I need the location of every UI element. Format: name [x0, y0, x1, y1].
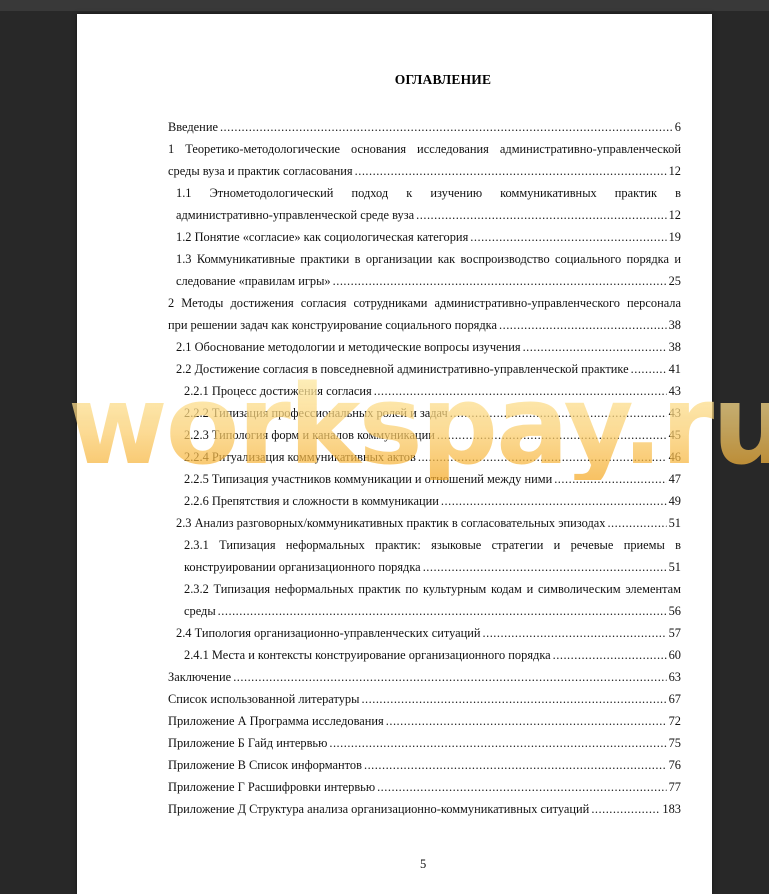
toc-entry-text: 2.2 Достижение согласия в повседневной а…	[176, 358, 629, 380]
dot-leader	[450, 402, 667, 424]
dot-leader	[361, 688, 666, 710]
toc-entry[interactable]: 2.4 Типология организационно-управленчес…	[168, 622, 681, 644]
toc-page-number: 57	[669, 622, 681, 644]
toc-entry-text: Приложение Г Расшифровки интервью	[168, 776, 375, 798]
toc-entry-text: 2.3.2 Типизация неформальных практик по …	[184, 578, 681, 600]
toc-entry[interactable]: Введение6	[168, 116, 681, 138]
toc-entry-text: среды	[184, 600, 216, 622]
toc-entry-text: 2.1 Обоснование методологии и методическ…	[176, 336, 521, 358]
toc-page-number: 12	[669, 160, 681, 182]
dot-leader	[553, 644, 667, 666]
dot-leader	[220, 116, 673, 138]
toc-entry-text: 2.3 Анализ разговорных/коммуникативных п…	[176, 512, 605, 534]
toc-page-number: 75	[669, 732, 681, 754]
toc-entry[interactable]: 2.2.6 Препятствия и сложности в коммуник…	[168, 490, 681, 512]
toc-page-number: 51	[669, 556, 681, 578]
dot-leader	[591, 798, 660, 820]
toc-entry-text: 2.2.6 Препятствия и сложности в коммуник…	[184, 490, 439, 512]
toc-page-number: 60	[669, 644, 681, 666]
toc-page-number: 67	[669, 688, 681, 710]
toc-page-number: 63	[669, 666, 681, 688]
dot-leader	[483, 622, 667, 644]
dot-leader	[333, 270, 667, 292]
toc-entry-text: 2.4.1 Места и контексты конструирование …	[184, 644, 551, 666]
toc-entry[interactable]: 2.2.3 Типология форм и каналов коммуника…	[168, 424, 681, 446]
toc-entry-text: 2 Методы достижения согласия сотрудникам…	[168, 292, 681, 314]
dot-leader	[329, 732, 666, 754]
toc-page-number: 43	[669, 402, 681, 424]
toc-entry-text: Заключение	[168, 666, 231, 688]
dot-leader	[218, 600, 667, 622]
toc-entry-text: Приложение Б Гайд интервью	[168, 732, 327, 754]
toc-entry-text: 1.3 Коммуникативные практики в организац…	[176, 248, 681, 270]
toc-entry[interactable]: 1.1 Этнометодологический подход к изучен…	[168, 182, 681, 226]
toc-entry-text: 1 Теоретико-методологические основания и…	[168, 138, 681, 160]
toc-entry-text: 1.2 Понятие «согласие» как социологическ…	[176, 226, 468, 248]
toc-entry-text: среды вуза и практик согласования	[168, 160, 353, 182]
dot-leader	[233, 666, 666, 688]
page-number: 5	[420, 857, 426, 872]
toc-entry-text: Приложение А Программа исследования	[168, 710, 384, 732]
toc-page-number: 12	[669, 204, 681, 226]
toc-entry[interactable]: Приложение Б Гайд интервью75	[168, 732, 681, 754]
toc-entry-text: 2.2.2 Типизация профессиональных ролей и…	[184, 402, 448, 424]
toc-entry-text: 2.4 Типология организационно-управленчес…	[176, 622, 481, 644]
toc-entry[interactable]: 1 Теоретико-методологические основания и…	[168, 138, 681, 182]
toc-page-number: 25	[669, 270, 681, 292]
toc-page-number: 47	[669, 468, 681, 490]
toc-entry-text: 2.2.3 Типология форм и каналов коммуника…	[184, 424, 435, 446]
toc-entry[interactable]: 2.3 Анализ разговорных/коммуникативных п…	[168, 512, 681, 534]
dot-leader	[523, 336, 667, 358]
dot-leader	[470, 226, 666, 248]
toc-page-number: 45	[669, 424, 681, 446]
toc-entry-text: 2.2.1 Процесс достижения согласия	[184, 380, 372, 402]
toc-entry[interactable]: 2.2.2 Типизация профессиональных ролей и…	[168, 402, 681, 424]
toc-entry[interactable]: 2.3.2 Типизация неформальных практик по …	[168, 578, 681, 622]
dot-leader	[374, 380, 667, 402]
toc-entry[interactable]: 2.2.4 Ритуализация коммуникативных актов…	[168, 446, 681, 468]
toc-entry[interactable]: Приложение Г Расшифровки интервью77	[168, 776, 681, 798]
toc-entry-text: 2.2.4 Ритуализация коммуникативных актов	[184, 446, 416, 468]
viewer-toolbar	[0, 0, 769, 11]
dot-leader	[437, 424, 667, 446]
toc-entry[interactable]: 2.2.5 Типизация участников коммуникации …	[168, 468, 681, 490]
toc-entry[interactable]: 2.3.1 Типизация неформальных практик: яз…	[168, 534, 681, 578]
document-page: ОГЛАВЛЕНИЕ Введение61 Теоретико-методоло…	[77, 14, 712, 874]
dot-leader	[416, 204, 666, 226]
toc-page-number: 46	[669, 446, 681, 468]
dot-leader	[418, 446, 667, 468]
toc-entry-text: при решении задач как конструирование со…	[168, 314, 497, 336]
toc-entry[interactable]: Список использованной литературы67	[168, 688, 681, 710]
toc-page-number: 41	[669, 358, 681, 380]
toc-entry-text: 2.3.1 Типизация неформальных практик: яз…	[184, 534, 681, 556]
toc-entry-text: конструировании организационного порядка	[184, 556, 421, 578]
toc-entry[interactable]: 2.1 Обоснование методологии и методическ…	[168, 336, 681, 358]
toc-entry[interactable]: 2.4.1 Места и контексты конструирование …	[168, 644, 681, 666]
toc-page-number: 183	[662, 798, 681, 820]
toc-entry-text: Приложение Д Структура анализа организац…	[168, 798, 589, 820]
toc-entry[interactable]: 2.2.1 Процесс достижения согласия43	[168, 380, 681, 402]
toc-entry-text: Приложение В Список информантов	[168, 754, 362, 776]
toc-entry[interactable]: Заключение63	[168, 666, 681, 688]
page-title: ОГЛАВЛЕНИЕ	[77, 72, 712, 88]
toc-entry-text: Введение	[168, 116, 218, 138]
toc-entry-text: административно-управленческой среде вуз…	[176, 204, 414, 226]
toc-page-number: 77	[669, 776, 681, 798]
toc-entry-text: Список использованной литературы	[168, 688, 359, 710]
toc-entry[interactable]: Приложение А Программа исследования72	[168, 710, 681, 732]
toc-page-number: 49	[669, 490, 681, 512]
toc-page-number: 6	[675, 116, 681, 138]
dot-leader	[364, 754, 667, 776]
table-of-contents: Введение61 Теоретико-методологические ос…	[168, 116, 681, 820]
toc-page-number: 43	[669, 380, 681, 402]
toc-entry[interactable]: Приложение В Список информантов76	[168, 754, 681, 776]
dot-leader	[631, 358, 667, 380]
toc-page-number: 38	[669, 336, 681, 358]
dot-leader	[355, 160, 667, 182]
toc-page-number: 19	[669, 226, 681, 248]
toc-entry[interactable]: 1.2 Понятие «согласие» как социологическ…	[168, 226, 681, 248]
dot-leader	[423, 556, 667, 578]
dot-leader	[499, 314, 667, 336]
toc-entry[interactable]: 1.3 Коммуникативные практики в организац…	[168, 248, 681, 292]
toc-page-number: 38	[669, 314, 681, 336]
toc-entry[interactable]: 2 Методы достижения согласия сотрудникам…	[168, 292, 681, 336]
toc-entry-text: 1.1 Этнометодологический подход к изучен…	[176, 182, 681, 204]
dot-leader	[377, 776, 667, 798]
dot-leader	[607, 512, 666, 534]
toc-entry-text: 2.2.5 Типизация участников коммуникации …	[184, 468, 552, 490]
toc-page-number: 56	[669, 600, 681, 622]
toc-page-number: 51	[669, 512, 681, 534]
toc-page-number: 76	[669, 754, 681, 776]
toc-entry-text: следование «правилам игры»	[176, 270, 331, 292]
dot-leader	[441, 490, 667, 512]
dot-leader	[386, 710, 667, 732]
toc-entry[interactable]: 2.2 Достижение согласия в повседневной а…	[168, 358, 681, 380]
toc-entry[interactable]: Приложение Д Структура анализа организац…	[168, 798, 681, 820]
dot-leader	[554, 468, 666, 490]
toc-page-number: 72	[669, 710, 681, 732]
